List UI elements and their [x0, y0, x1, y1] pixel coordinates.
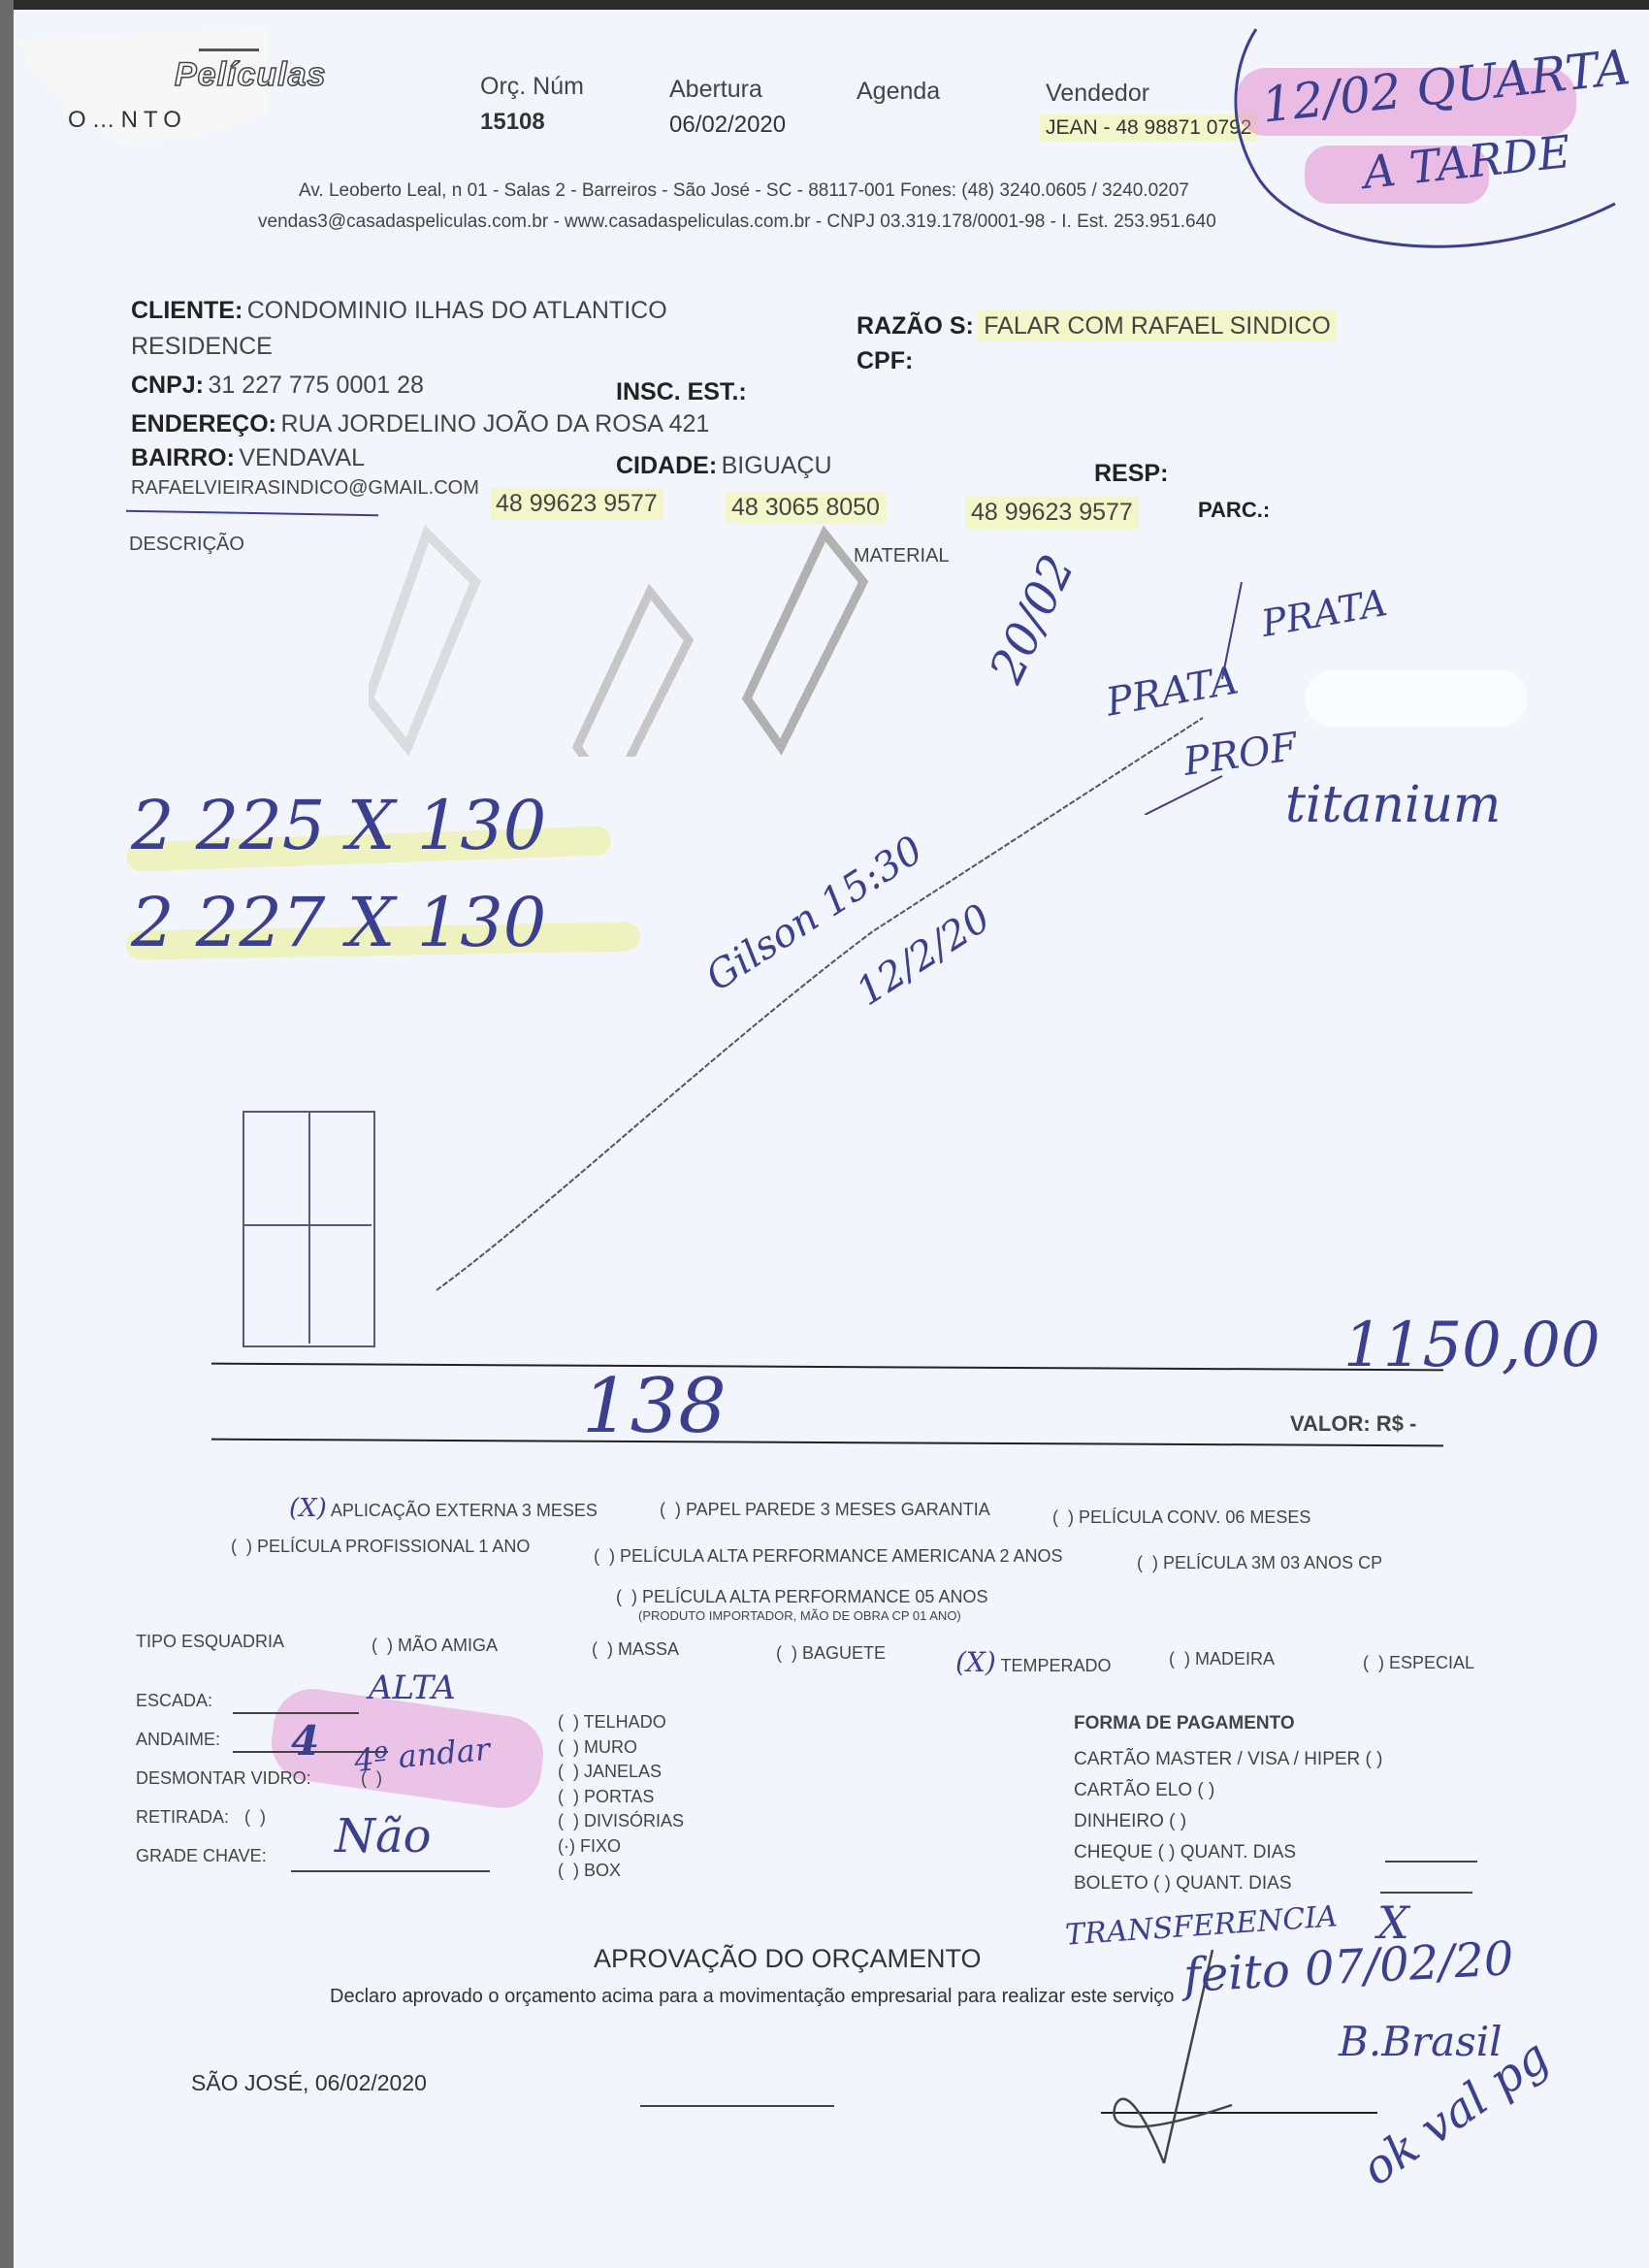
grade-chave-value[interactable]: Não	[335, 1809, 432, 1863]
sketch-divider-vertical	[308, 1111, 310, 1344]
esquadria-label: TIPO ESQUADRIA	[136, 1632, 284, 1652]
esquadria-baguete[interactable]: ( ) BAGUETE	[776, 1643, 886, 1664]
escada-value[interactable]: ALTA	[369, 1669, 456, 1707]
payment-title: FORMA DE PAGAMENTO	[1074, 1713, 1295, 1734]
logo-underline	[199, 49, 259, 51]
payment-cheque[interactable]: CHEQUE ( ) QUANT. DIAS	[1074, 1837, 1382, 1868]
cnpj-value: 31 227 775 0001 28	[208, 372, 423, 399]
cliente-value: CONDOMINIO ILHAS DO ATLANTICO	[247, 297, 667, 324]
retirada-label: RETIRADA:	[136, 1807, 229, 1828]
cnpj-row: CNPJ: 31 227 775 0001 28	[131, 372, 424, 400]
location-telhado[interactable]: ( ) TELHADO	[558, 1710, 684, 1735]
agenda-label: Agenda	[857, 78, 940, 106]
check-x-mark: (X)	[289, 1494, 327, 1523]
cidade-row: CIDADE: BIGUAÇU	[616, 452, 832, 480]
abertura-value: 06/02/2020	[669, 112, 786, 139]
service-option-aplicacao[interactable]: (X) APLICAÇÃO EXTERNA 3 MESES	[289, 1494, 598, 1523]
payment-list: CARTÃO MASTER / VISA / HIPER ( ) CARTÃO …	[1074, 1744, 1382, 1899]
andaime-mark: 4	[291, 1717, 319, 1765]
desmontar-label: DESMONTAR VIDRO:	[136, 1768, 311, 1789]
razao-row: RAZÃO S: FALAR COM RAFAEL SINDICO	[857, 312, 1337, 340]
service-option-conv[interactable]: ( ) PELÍCULA CONV. 06 MESES	[1052, 1507, 1310, 1528]
payment-boleto[interactable]: BOLETO ( ) QUANT. DIAS	[1074, 1868, 1382, 1899]
endereco-value: RUA JORDELINO JOÃO DA ROSA 421	[280, 410, 709, 437]
cidade-label: CIDADE:	[616, 452, 717, 479]
scan-left-edge	[0, 0, 14, 2268]
check-x-mark: (X)	[955, 1646, 996, 1678]
phone-1: 48 99623 9577	[490, 488, 663, 520]
email-value: RAFAELVIEIRASINDICO@GMAIL.COM	[131, 477, 479, 500]
esquadria-especial[interactable]: ( ) ESPECIAL	[1363, 1653, 1474, 1673]
cliente-label: CLIENTE:	[131, 297, 242, 324]
desmontar-checkbox[interactable]: ( )	[361, 1768, 382, 1789]
cliente-value-2: RESIDENCE	[131, 333, 273, 361]
location-box[interactable]: ( ) BOX	[558, 1859, 684, 1884]
cliente-row: CLIENTE: CONDOMINIO ILHAS DO ATLANTICO	[131, 297, 667, 325]
service-option-profissional[interactable]: ( ) PELÍCULA PROFISSIONAL 1 ANO	[231, 1537, 530, 1557]
service-option-alta-americana[interactable]: ( ) PELÍCULA ALTA PERFORMANCE AMERICANA …	[594, 1546, 1062, 1567]
company-logo: Películas	[175, 56, 326, 94]
bairro-label: BAIRRO:	[131, 444, 235, 471]
location-portas[interactable]: ( ) PORTAS	[558, 1785, 684, 1810]
handwritten-bank: B.Brasil	[1339, 2018, 1503, 2065]
endereco-row: ENDEREÇO: RUA JORDELINO JOÃO DA ROSA 421	[131, 410, 709, 438]
orc-num-value: 15108	[480, 109, 545, 136]
valor-handwritten: 1150,00	[1343, 1310, 1600, 1381]
esquadria-mao-amiga[interactable]: ( ) MÃO AMIGA	[372, 1636, 498, 1656]
orc-num-label: Orç. Núm	[480, 73, 584, 101]
bairro-value: VENDAVAL	[239, 444, 365, 471]
location-janelas[interactable]: ( ) JANELAS	[558, 1760, 684, 1785]
location-divisorias[interactable]: ( ) DIVISÓRIAS	[558, 1809, 684, 1834]
razao-value: FALAR COM RAFAEL SINDICO	[978, 310, 1336, 341]
signature-line-left	[640, 2105, 834, 2107]
escada-label: ESCADA:	[136, 1691, 212, 1711]
approval-statement: Declaro aprovado o orçamento acima para …	[330, 1986, 1174, 2008]
location-muro[interactable]: ( ) MURO	[558, 1735, 684, 1761]
location-list: ( ) TELHADO ( ) MURO ( ) JANELAS ( ) POR…	[558, 1710, 684, 1884]
service-option-alta-05[interactable]: ( ) PELÍCULA ALTA PERFORMANCE 05 ANOS	[616, 1587, 987, 1607]
phone-2: 48 3065 8050	[726, 492, 886, 524]
service-option-papel[interactable]: ( ) PAPEL PAREDE 3 MESES GARANTIA	[660, 1500, 990, 1520]
area-total: 138	[582, 1363, 727, 1450]
insc-est-label: INSC. EST.:	[616, 378, 747, 406]
esquadria-temperado[interactable]: (X) TEMPERADO	[955, 1646, 1111, 1678]
escada-line	[233, 1712, 359, 1714]
vendedor-label: Vendedor	[1046, 80, 1149, 108]
service-option-3m[interactable]: ( ) PELÍCULA 3M 03 ANOS CP	[1137, 1553, 1382, 1573]
service-note: (PRODUTO IMPORTADOR, MÃO DE OBRA CP 01 A…	[638, 1608, 961, 1623]
descricao-label: DESCRIÇÃO	[129, 534, 244, 556]
sketch-divider-horizontal	[242, 1224, 372, 1226]
grade-chave-label: GRADE CHAVE:	[136, 1846, 267, 1866]
location-fixo[interactable]: (·) FIXO	[558, 1834, 684, 1860]
cnpj-label: CNPJ:	[131, 372, 204, 399]
cheque-days-line	[1385, 1861, 1477, 1863]
abertura-label: Abertura	[669, 76, 762, 104]
payment-cartao-elo[interactable]: CARTÃO ELO ( )	[1074, 1775, 1382, 1806]
company-address: Av. Leoberto Leal, n 01 - Salas 2 - Barr…	[299, 180, 1189, 202]
doc-title: O…NTO	[68, 107, 187, 134]
esquadria-madeira[interactable]: ( ) MADEIRA	[1169, 1649, 1275, 1669]
approval-title: APROVAÇÃO DO ORÇAMENTO	[594, 1944, 982, 1974]
cidade-value: BIGUAÇU	[722, 452, 832, 479]
whiteout-patch	[1305, 669, 1528, 728]
payment-cartao-master[interactable]: CARTÃO MASTER / VISA / HIPER ( )	[1074, 1744, 1382, 1775]
retirada-checkbox[interactable]: ( )	[244, 1807, 266, 1828]
company-contact: vendas3@casadaspeliculas.com.br - www.ca…	[258, 211, 1216, 233]
approval-place-date: SÃO JOSÉ, 06/02/2020	[191, 2070, 427, 2096]
boleto-days-line	[1380, 1892, 1472, 1894]
material-note-titanium: titanium	[1285, 776, 1501, 834]
razao-label: RAZÃO S:	[857, 312, 974, 340]
payment-dinheiro[interactable]: DINHEIRO ( )	[1074, 1806, 1382, 1837]
valor-label: VALOR: R$ -	[1290, 1411, 1416, 1437]
cpf-label: CPF:	[857, 347, 913, 375]
bairro-row: BAIRRO: VENDAVAL	[131, 444, 365, 472]
endereco-label: ENDEREÇO:	[131, 410, 276, 437]
esquadria-massa[interactable]: ( ) MASSA	[592, 1639, 679, 1660]
grade-chave-line	[291, 1870, 490, 1872]
andaime-label: ANDAIME:	[136, 1730, 220, 1750]
resp-label: RESP:	[1094, 460, 1168, 488]
parc-label: PARC.:	[1198, 498, 1270, 523]
